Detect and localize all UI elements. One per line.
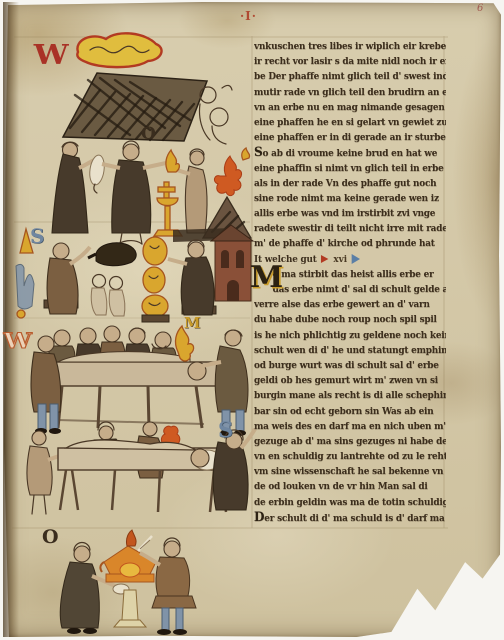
church-building xyxy=(211,225,253,301)
hanging-goose xyxy=(88,154,106,186)
text-line: eine phaffen er in di gerade an ir sturb… xyxy=(254,130,433,145)
gold-lectern-shrine xyxy=(100,530,159,627)
sketched-onlookers xyxy=(199,85,232,144)
blue-pennant-icon xyxy=(352,254,360,264)
red-flame xyxy=(214,156,241,196)
text-line: eine phaffen he en si gelart vn gewiet z… xyxy=(254,115,433,130)
marginal-initial-s-blue: S xyxy=(30,226,44,246)
text-line: geldi ob hes gemurt wirt m' zwen vn si xyxy=(254,373,433,388)
text-line: sine rode nimt ma keine gerade wen iz xyxy=(254,191,433,206)
marginal-initial-m-gold: M xyxy=(184,316,201,331)
text-line: vn en schuldig zu lantrehte od zu le reh… xyxy=(254,449,433,464)
marginal-initial-o-dark: O xyxy=(141,126,156,143)
text-line: vm sine wissenschaft he sal bekenne vn g… xyxy=(254,464,433,479)
text-line: Der schult di d' ma schuld is d' darf ma xyxy=(254,510,433,525)
text-line: So ab di vroume keine brud en hat we xyxy=(254,145,433,160)
lombard-initial-m: M xyxy=(250,263,283,293)
text-line: vnkuschen tres libes ir wiplich eir kreb… xyxy=(254,39,433,54)
gold-flame xyxy=(166,150,180,172)
text-line: als in der rade Vn des phaffe gut noch xyxy=(254,176,433,191)
text-line: gezuge ab d' ma sins gezuges ni habe den xyxy=(254,434,433,449)
text-line: radete swestir di teilt nicht irre mit r… xyxy=(254,221,433,236)
text-line: schult wen di d' he und statungt emphing xyxy=(254,343,433,358)
rubric-number: xvi xyxy=(333,252,347,267)
text-line: de od louken vn de vr hin Man sal di xyxy=(254,479,433,494)
gold-chalice-cross xyxy=(154,182,182,236)
text-line: verre alse das erbe gewert an d' varn xyxy=(254,297,433,312)
text-line: m' de phaffe d' kirche od phrunde hat xyxy=(254,236,433,251)
red-pennant-icon xyxy=(321,255,328,263)
manuscript-page: ·I· 6 W O S W M S O vnkuschen tres libes… xyxy=(0,0,504,640)
text-line: burgin mane als recht is di alle schephi… xyxy=(254,388,433,403)
boar xyxy=(96,243,136,266)
text-line: allis erbe was vnd im irstirbit zvi vnge xyxy=(254,206,433,221)
glove xyxy=(16,264,34,309)
text-line: mutir rade vn glich teil den brudirn an … xyxy=(254,85,433,100)
text-line: be Der phaffe nimt glich teil d' swest i… xyxy=(254,69,433,84)
text-line: ir recht vor lasir s da mite nidl noch i… xyxy=(254,54,433,69)
marginal-initial-w-outline: W xyxy=(4,330,32,351)
marginal-initial-s-blue-2: S xyxy=(218,419,233,440)
text-line: eine phaffin si nimt vn glich teil in er… xyxy=(254,161,433,176)
sick-person-head xyxy=(191,449,209,467)
text-line: bar sin od echt geborn sin Was ab ein xyxy=(254,404,433,419)
text-line: du habe dube noch roup noch spil spil xyxy=(254,312,433,327)
text-line: is he nich phlichtig zu geldene noch kei… xyxy=(254,328,433,343)
gold-vessel-stack xyxy=(142,237,169,322)
text-line: od burge wurt was di schult sal d' erbe xyxy=(254,358,433,373)
text-line: vn an erbe nu en mag nimande gesagen xyxy=(254,100,433,115)
text-line: ma weis des en darf ma en nich uben m' xyxy=(254,419,433,434)
corner-mark: 6 xyxy=(477,3,483,14)
oath-at-lectern-scene xyxy=(60,530,196,635)
household-goods-and-church-scene xyxy=(16,225,253,322)
marginal-initial-o-dark-2: O xyxy=(42,528,59,547)
deathbed-gathering-scene xyxy=(31,326,248,436)
folio-number-mark: ·I· xyxy=(240,9,257,23)
marginal-initial-w-red: W xyxy=(34,42,69,69)
offering-before-priest-scene xyxy=(52,141,251,244)
text-line: de erbin geldin was ma de totin schuldig… xyxy=(254,495,433,510)
